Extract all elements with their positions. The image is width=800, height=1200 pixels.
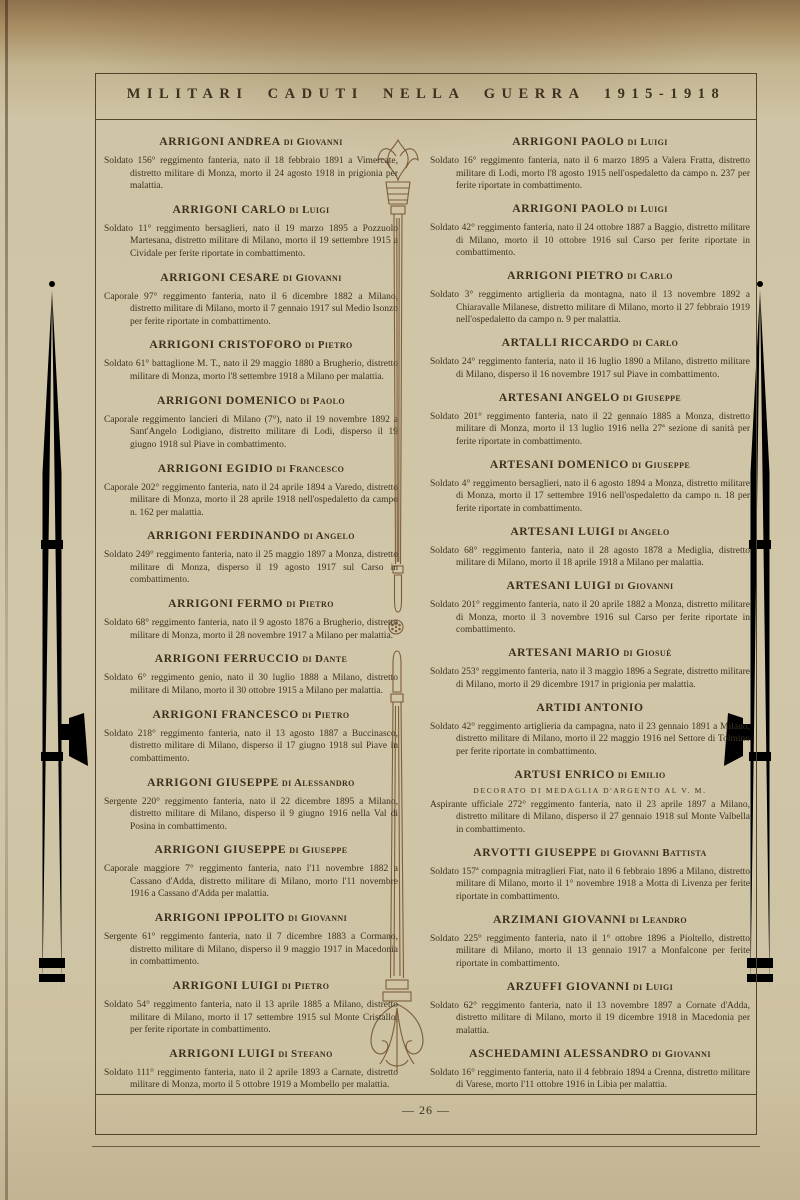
casualty-record-text: Soldato 218° reggimento fanteria, nato i…	[104, 728, 398, 766]
patronymic: di Alessandro	[279, 777, 355, 789]
casualty-name-heading: ARRIGONI LUIGI di Pietro	[104, 976, 398, 994]
surname-and-given-name: ARRIGONI FRANCESCO	[152, 708, 298, 721]
casualty-entry: ARZIMANI GIOVANNI di Leandro Soldato 225…	[430, 910, 750, 971]
surname-and-given-name: ARRIGONI CARLO	[172, 203, 286, 216]
page-border-frame: MILITARI CADUTI NELLA GUERRA 1915-1918 A…	[95, 73, 757, 1135]
casualty-record-text: Caporale 97° reggimento fanteria, nato i…	[104, 291, 398, 329]
patronymic: di Leandro	[626, 914, 687, 926]
surname-and-given-name: ARRIGONI PAOLO	[512, 135, 624, 148]
casualty-name-heading: ARRIGONI FERMO di Pietro	[104, 594, 398, 612]
patronymic: di Giuseppe	[629, 459, 690, 471]
casualty-entry: ARRIGONI FRANCESCO di Pietro Soldato 218…	[104, 705, 398, 766]
patronymic: di Francesco	[273, 463, 344, 475]
casualty-record-text: Soldato 62° reggimento fanteria, nato il…	[430, 1000, 750, 1038]
casualty-entry: ARRIGONI DOMENICO di Paolo Caporale regg…	[104, 391, 398, 452]
surname-and-given-name: ARRIGONI LUIGI	[169, 1047, 275, 1060]
casualty-name-heading: ARVOTTI GIUSEPPE di Giovanni Battista	[430, 843, 750, 861]
casualty-entry: ARRIGONI GIUSEPPE di Giuseppe Caporale m…	[104, 840, 398, 901]
patronymic: di Giovanni	[281, 136, 343, 148]
casualty-entry: ARRIGONI FERRUCCIO di Dante Soldato 6° r…	[104, 649, 398, 697]
casualty-entry: ARTESANI MARIO di Giosuè Soldato 253° re…	[430, 643, 750, 691]
casualty-entry: ARVOTTI GIUSEPPE di Giovanni Battista So…	[430, 843, 750, 904]
casualty-name-heading: ASCHEDAMINI ALESSANDRO di Giovanni	[430, 1044, 750, 1062]
patronymic: di Pietro	[279, 980, 330, 992]
casualty-record-text: Soldato 225° reggimento fanteria, nato i…	[430, 933, 750, 971]
casualty-name-heading: ARRIGONI FERDINANDO di Angelo	[104, 526, 398, 544]
casualty-name-heading: ARRIGONI CESARE di Giovanni	[104, 268, 398, 286]
casualty-name-heading: ARRIGONI GIUSEPPE di Giuseppe	[104, 840, 398, 858]
casualty-entry: ARRIGONI IPPOLITO di Giovanni Sergente 6…	[104, 908, 398, 969]
book-edge-shadow	[5, 0, 8, 1200]
patronymic: di Luigi	[624, 203, 667, 215]
casualty-record-text: Sergente 220° reggimento fanteria, nato …	[104, 796, 398, 834]
casualty-entry: ARTESANI DOMENICO di Giuseppe Soldato 4°…	[430, 455, 750, 516]
casualty-record-text: Caporale reggimento lancieri di Milano (…	[104, 414, 398, 452]
surname-and-given-name: ARRIGONI FERRUCCIO	[155, 652, 299, 665]
casualty-name-heading: ARRIGONI PAOLO di Luigi	[430, 132, 750, 150]
casualty-name-heading: ARRIGONI GIUSEPPE di Alessandro	[104, 773, 398, 791]
casualty-name-heading: ARTESANI ANGELO di Giuseppe	[430, 388, 750, 406]
casualty-entry: ARRIGONI FERMO di Pietro Soldato 68° reg…	[104, 594, 398, 642]
surname-and-given-name: ARTUSI ENRICO	[514, 768, 614, 781]
patronymic: di Luigi	[624, 136, 667, 148]
casualty-record-text: Soldato 253° reggimento fanteria, nato i…	[430, 666, 750, 691]
casualty-record-text: Caporale 202° reggimento fanteria, nato …	[104, 482, 398, 520]
surname-and-given-name: ARZUFFI GIOVANNI	[507, 980, 630, 993]
patronymic: di Luigi	[630, 981, 673, 993]
surname-and-given-name: ARVOTTI GIUSEPPE	[473, 846, 597, 859]
casualty-entry: ARRIGONI LUIGI di Pietro Soldato 54° reg…	[104, 976, 398, 1037]
casualty-record-text: Soldato 54° reggimento fanteria, nato il…	[104, 999, 398, 1037]
casualty-record-text: Soldato 16° reggimento fanteria, nato il…	[430, 155, 750, 193]
casualty-name-heading: ARRIGONI IPPOLITO di Giovanni	[104, 908, 398, 926]
surname-and-given-name: ARRIGONI PAOLO	[512, 202, 624, 215]
casualty-entry: ARTIDI ANTONIO Soldato 42° reggimento ar…	[430, 698, 750, 759]
casualty-entry: ARRIGONI CRISTOFORO di Pietro Soldato 61…	[104, 335, 398, 383]
casualty-record-text: Soldato 68° reggimento fanteria, nato il…	[104, 617, 398, 642]
casualty-record-text: Soldato 111° reggimento fanteria, nato i…	[104, 1067, 398, 1092]
casualty-name-heading: ARRIGONI CARLO di Luigi	[104, 200, 398, 218]
fasces-left-ornament	[22, 168, 94, 1018]
casualty-entry: ASCHEDAMINI ALESSANDRO di Giovanni Solda…	[430, 1044, 750, 1092]
patronymic: di Giuseppe	[620, 392, 681, 404]
casualty-entry: ARRIGONI LUIGI di Stefano Soldato 111° r…	[104, 1044, 398, 1092]
frame-outer-bottom-line	[92, 1146, 760, 1147]
casualty-name-heading: ARTESANI LUIGI di Giovanni	[430, 576, 750, 594]
surname-and-given-name: ARTESANI ANGELO	[499, 391, 620, 404]
casualty-entry: ARTESANI LUIGI di Angelo Soldato 68° reg…	[430, 522, 750, 570]
casualty-record-text: Soldato 24° reggimento fanteria, nato il…	[430, 356, 750, 381]
patronymic: di Stefano	[275, 1048, 332, 1060]
casualty-name-heading: ARTALLI RICCARDO di Carlo	[430, 333, 750, 351]
casualty-name-heading: ARZUFFI GIOVANNI di Luigi	[430, 977, 750, 995]
casualty-entry: ARTESANI ANGELO di Giuseppe Soldato 201°…	[430, 388, 750, 449]
patronymic: di Giovanni	[649, 1048, 711, 1060]
patronymic: di Angelo	[615, 526, 669, 538]
surname-and-given-name: ASCHEDAMINI ALESSANDRO	[469, 1047, 649, 1060]
surname-and-given-name: ARTESANI LUIGI	[510, 525, 615, 538]
decoration-note: DECORATO DI MEDAGLIA D'ARGENTO AL V. M.	[430, 786, 750, 795]
casualty-entry: ARRIGONI EGIDIO di Francesco Caporale 20…	[104, 459, 398, 520]
casualty-entry: ARRIGONI PIETRO di Carlo Soldato 3° regg…	[430, 266, 750, 327]
casualty-name-heading: ARTESANI DOMENICO di Giuseppe	[430, 455, 750, 473]
surname-and-given-name: ARTESANI LUIGI	[507, 579, 612, 592]
patronymic: di Pietro	[283, 598, 334, 610]
patronymic: di Carlo	[630, 337, 679, 349]
casualty-name-heading: ARTESANI MARIO di Giosuè	[430, 643, 750, 661]
casualty-name-heading: ARTIDI ANTONIO	[430, 698, 750, 716]
casualty-record-text: Soldato 16° reggimento fanteria, nato il…	[430, 1067, 750, 1092]
page-number: — 26 —	[96, 1103, 756, 1118]
casualty-name-heading: ARRIGONI FRANCESCO di Pietro	[104, 705, 398, 723]
casualty-record-text: Soldato 156° reggimento fanteria, nato i…	[104, 155, 398, 193]
casualty-entry: ARTALLI RICCARDO di Carlo Soldato 24° re…	[430, 333, 750, 381]
casualty-name-heading: ARRIGONI DOMENICO di Paolo	[104, 391, 398, 409]
casualty-record-text: Caporale maggiore 7° reggimento fanteria…	[104, 863, 398, 901]
casualty-record-text: Aspirante ufficiale 272° reggimento fant…	[430, 799, 750, 837]
casualty-name-heading: ARRIGONI ANDREA di Giovanni	[104, 132, 398, 150]
surname-and-given-name: ARTALLI RICCARDO	[502, 336, 630, 349]
casualty-entry: ARRIGONI PAOLO di Luigi Soldato 16° regg…	[430, 132, 750, 193]
casualty-record-text: Soldato 42° reggimento artiglieria da ca…	[430, 721, 750, 759]
surname-and-given-name: ARRIGONI ANDREA	[159, 135, 280, 148]
casualty-record-text: Soldato 42° reggimento fanteria, nato il…	[430, 222, 750, 260]
title-divider-rule	[95, 119, 757, 120]
casualty-name-heading: ARRIGONI CRISTOFORO di Pietro	[104, 335, 398, 353]
surname-and-given-name: ARRIGONI PIETRO	[507, 269, 624, 282]
surname-and-given-name: ARRIGONI LUIGI	[173, 979, 279, 992]
casualty-entry: ARRIGONI CARLO di Luigi Soldato 11° regg…	[104, 200, 398, 261]
surname-and-given-name: ARRIGONI CESARE	[160, 271, 279, 284]
surname-and-given-name: ARTESANI MARIO	[508, 646, 620, 659]
casualty-record-text: Soldato 6° reggimento genio, nato il 30 …	[104, 672, 398, 697]
surname-and-given-name: ARRIGONI GIUSEPPE	[155, 843, 287, 856]
patronymic: di Giovanni	[280, 272, 342, 284]
scanned-book-page: { "page": { "title": "MILITARI CADUTI NE…	[0, 0, 800, 1200]
casualty-entry: ARRIGONI ANDREA di Giovanni Soldato 156°…	[104, 132, 398, 193]
footer-divider-rule	[95, 1094, 757, 1095]
casualty-entry: ARTESANI LUIGI di Giovanni Soldato 201° …	[430, 576, 750, 637]
casualty-record-text: Soldato 201° reggimento fanteria, nato i…	[430, 599, 750, 637]
patronymic: di Emilio	[615, 769, 666, 781]
surname-and-given-name: ARTESANI DOMENICO	[490, 458, 629, 471]
patronymic: di Luigi	[286, 204, 329, 216]
surname-and-given-name: ARRIGONI DOMENICO	[157, 394, 297, 407]
casualty-entry: ARZUFFI GIOVANNI di Luigi Soldato 62° re…	[430, 977, 750, 1038]
surname-and-given-name: ARZIMANI GIOVANNI	[493, 913, 626, 926]
casualty-name-heading: ARTUSI ENRICO di Emilio	[430, 765, 750, 783]
casualty-record-text: Soldato 11° reggimento bersaglieri, nato…	[104, 223, 398, 261]
casualty-name-heading: ARZIMANI GIOVANNI di Leandro	[430, 910, 750, 928]
patronymic: di Pietro	[299, 709, 350, 721]
patronymic: di Giosuè	[620, 647, 672, 659]
casualty-record-text: Soldato 4° reggimento bersaglieri, nato …	[430, 478, 750, 516]
patronymic: di Paolo	[297, 395, 345, 407]
casualty-record-text: Soldato 157ª compagnia mitraglieri Fiat,…	[430, 866, 750, 904]
patronymic: di Giovanni	[285, 912, 347, 924]
patronymic: di Pietro	[302, 339, 353, 351]
casualty-record-text: Soldato 249° reggimento fanteria, nato i…	[104, 549, 398, 587]
casualty-name-heading: ARRIGONI PIETRO di Carlo	[430, 266, 750, 284]
right-column: ARRIGONI PAOLO di Luigi Soldato 16° regg…	[430, 132, 750, 1092]
page-title: MILITARI CADUTI NELLA GUERRA 1915-1918	[96, 86, 756, 103]
patronymic: di Giovanni Battista	[597, 847, 706, 859]
casualty-record-text: Soldato 201° reggimento fanteria, nato i…	[430, 411, 750, 449]
surname-and-given-name: ARRIGONI FERMO	[168, 597, 283, 610]
casualty-name-heading: ARRIGONI FERRUCCIO di Dante	[104, 649, 398, 667]
casualty-record-text: Soldato 68° reggimento fanteria, nato il…	[430, 545, 750, 570]
casualty-record-text: Soldato 3° reggimento artiglieria da mon…	[430, 289, 750, 327]
entries-area: ARRIGONI ANDREA di Giovanni Soldato 156°…	[104, 132, 750, 1092]
casualty-name-heading: ARRIGONI EGIDIO di Francesco	[104, 459, 398, 477]
surname-and-given-name: ARRIGONI EGIDIO	[158, 462, 274, 475]
surname-and-given-name: ARTIDI ANTONIO	[536, 701, 643, 714]
patronymic: di Giuseppe	[286, 844, 347, 856]
casualty-name-heading: ARTESANI LUIGI di Angelo	[430, 522, 750, 540]
casualty-record-text: Sergente 61° reggimento fanteria, nato i…	[104, 931, 398, 969]
patronymic: di Dante	[299, 653, 347, 665]
left-column: ARRIGONI ANDREA di Giovanni Soldato 156°…	[104, 132, 398, 1092]
casualty-record-text: Soldato 61° battaglione M. T., nato il 2…	[104, 358, 398, 383]
surname-and-given-name: ARRIGONI IPPOLITO	[155, 911, 285, 924]
patronymic: di Carlo	[624, 270, 673, 282]
patronymic: di Angelo	[301, 530, 355, 542]
casualty-name-heading: ARRIGONI LUIGI di Stefano	[104, 1044, 398, 1062]
patronymic: di Giovanni	[611, 580, 673, 592]
casualty-entry: ARTUSI ENRICO di Emilio DECORATO DI MEDA…	[430, 765, 750, 837]
casualty-entry: ARRIGONI PAOLO di Luigi Soldato 42° regg…	[430, 199, 750, 260]
casualty-entry: ARRIGONI FERDINANDO di Angelo Soldato 24…	[104, 526, 398, 587]
surname-and-given-name: ARRIGONI FERDINANDO	[147, 529, 300, 542]
surname-and-given-name: ARRIGONI CRISTOFORO	[149, 338, 302, 351]
casualty-entry: ARRIGONI CESARE di Giovanni Caporale 97°…	[104, 268, 398, 329]
casualty-name-heading: ARRIGONI PAOLO di Luigi	[430, 199, 750, 217]
casualty-entry: ARRIGONI GIUSEPPE di Alessandro Sergente…	[104, 773, 398, 834]
surname-and-given-name: ARRIGONI GIUSEPPE	[147, 776, 279, 789]
